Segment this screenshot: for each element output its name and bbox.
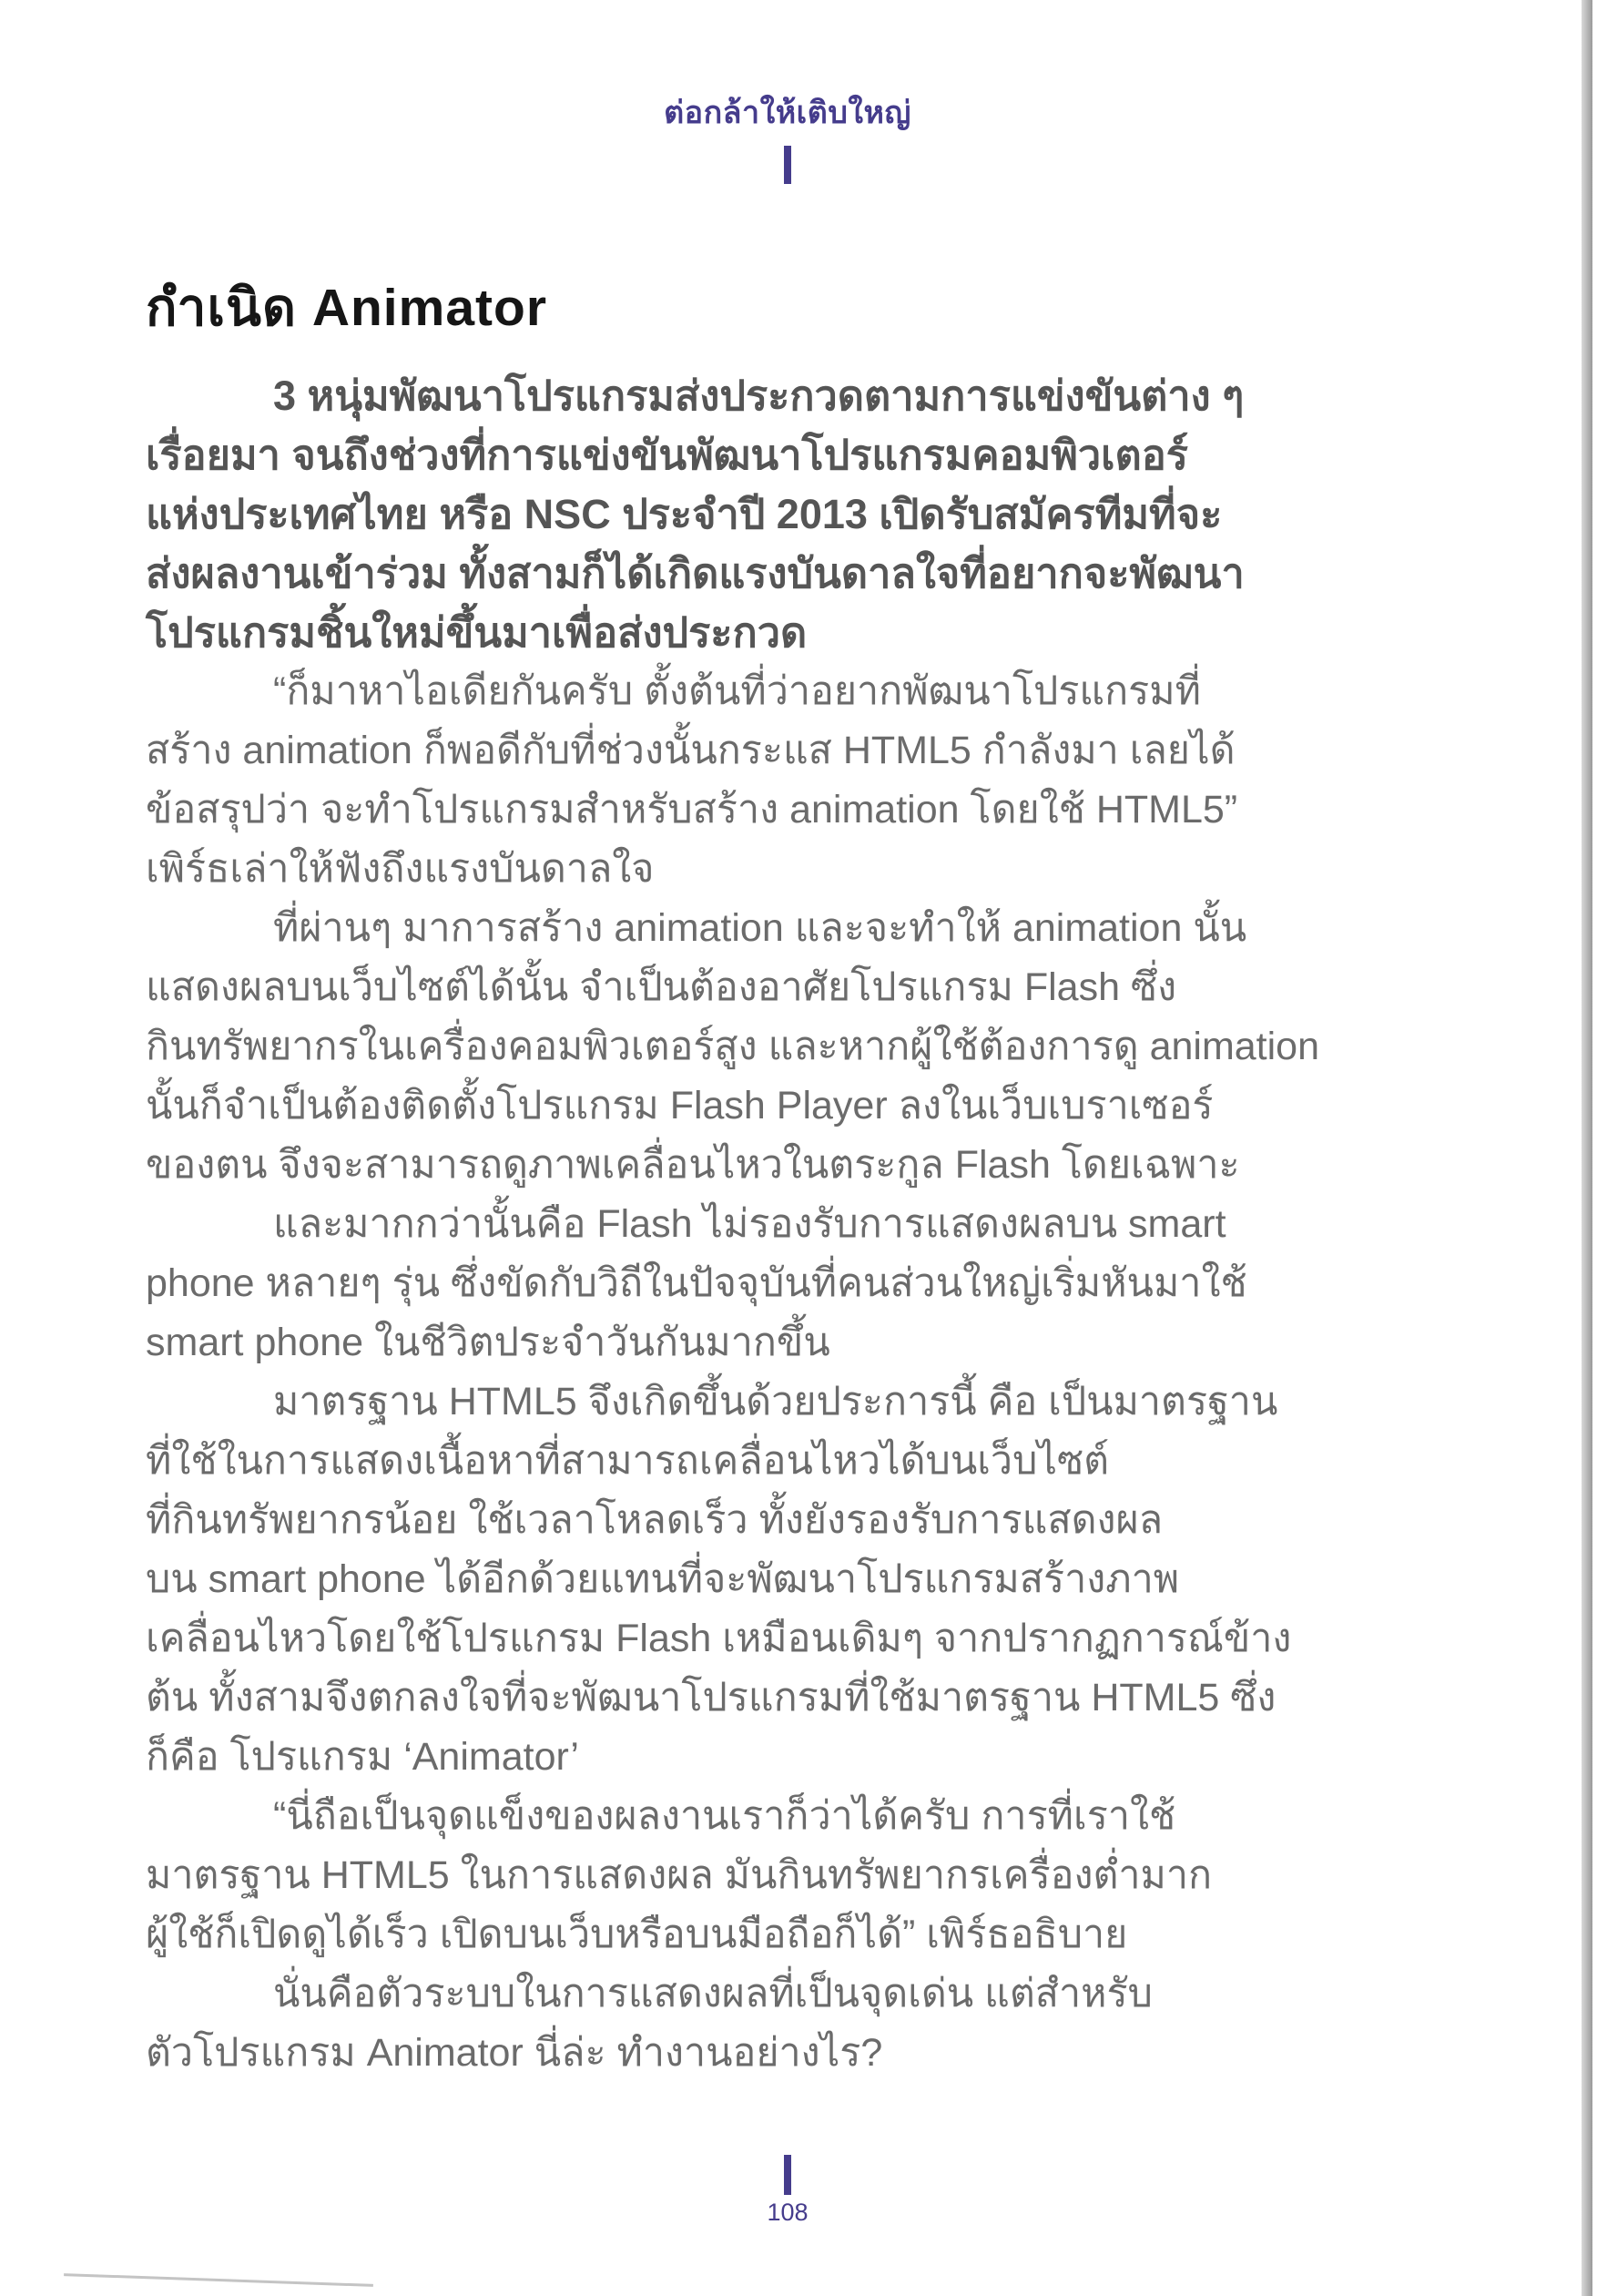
text-line: “ก็มาหาไอเดียกันครับ ตั้งต้นที่ว่าอยากพั… [146,662,1200,721]
text-line: แห่งประเทศไทย หรือ NSC ประจำปี 2013 เปิด… [146,485,1200,544]
text-line: ตัวโปรแกรม Animator นี่ล่ะ ทำงานอย่างไร? [146,2024,1200,2083]
text-line: เคลื่อนไหวโดยใช้โปรแกรม Flash เหมือนเดิม… [146,1609,1200,1668]
scan-artifact-line [64,2273,373,2287]
paragraph: “นี่ถือเป็นจุดแข็งของผลงานเราก็ว่าได้ครั… [146,1787,1200,1964]
text-line: ก็คือ โปรแกรม ‘Animator’ [146,1728,1200,1787]
footer-divider-bar [784,2155,791,2195]
paragraph: และมากกว่านั้นคือ Flash ไม่รองรับการแสดง… [146,1195,1200,1372]
text-line: ที่ผ่านๆ มาการสร้าง animation และจะทำให้… [146,899,1200,958]
chapter-title: กำเนิด Animator [146,267,547,349]
text-line: ส่งผลงานเข้าร่วม ทั้งสามก็ได้เกิดแรงบันด… [146,544,1200,603]
text-line: นั่นคือตัวระบบในการแสดงผลที่เป็นจุดเด่น … [146,1964,1200,2024]
text-line: สร้าง animation ก็พอดีกับที่ช่วงนั้นกระแ… [146,721,1200,781]
text-line: เพิร์ธเล่าให้ฟังถึงแรงบันดาลใจ [146,840,1200,899]
text-line: มาตรฐาน HTML5 จึงเกิดขึ้นด้วยประการนี้ ค… [146,1372,1200,1432]
paragraph: 3 หนุ่มพัฒนาโปรแกรมส่งประกวดตามการแข่งขั… [146,366,1200,662]
text-line: บน smart phone ได้อีกด้วยแทนที่จะพัฒนาโป… [146,1550,1200,1609]
text-line: นั้นก็จำเป็นต้องติดตั้งโปรแกรม Flash Pla… [146,1077,1200,1136]
text-line: และมากกว่านั้นคือ Flash ไม่รองรับการแสดง… [146,1195,1200,1254]
text-line: ต้น ทั้งสามจึงตกลงใจที่จะพัฒนาโปรแกรมที่… [146,1668,1200,1728]
text-line: โปรแกรมชิ้นใหม่ขึ้นมาเพื่อส่งประกวด [146,603,1200,662]
text-line: ผู้ใช้ก็เปิดดูได้เร็ว เปิดบนเว็บหรือบนมื… [146,1905,1200,1964]
article-body: 3 หนุ่มพัฒนาโปรแกรมส่งประกวดตามการแข่งขั… [146,366,1200,2083]
page-edge-shadow [1582,0,1592,2296]
paragraph: นั่นคือตัวระบบในการแสดงผลที่เป็นจุดเด่น … [146,1964,1200,2083]
header-divider-bar [784,146,791,184]
page-number: 108 [0,2199,1575,2227]
text-line: ที่กินทรัพยากรน้อย ใช้เวลาโหลดเร็ว ทั้งย… [146,1491,1200,1550]
paragraph: ที่ผ่านๆ มาการสร้าง animation และจะทำให้… [146,899,1200,1195]
running-head: ต่อกล้าให้เติบใหญ่ [0,87,1575,137]
text-line: กินทรัพยากรในเครื่องคอมพิวเตอร์สูง และหา… [146,1017,1200,1077]
text-line: ที่ใช้ในการแสดงเนื้อหาที่สามารถเคลื่อนไห… [146,1432,1200,1491]
text-line: phone หลายๆ รุ่น ซึ่งขัดกับวิถีในปัจจุบั… [146,1254,1200,1313]
paragraph: “ก็มาหาไอเดียกันครับ ตั้งต้นที่ว่าอยากพั… [146,662,1200,899]
text-line: ของตน จึงจะสามารถดูภาพเคลื่อนไหวในตระกูล… [146,1136,1200,1195]
text-line: smart phone ในชีวิตประจำวันกันมากขึ้น [146,1313,1200,1372]
paragraph: มาตรฐาน HTML5 จึงเกิดขึ้นด้วยประการนี้ ค… [146,1372,1200,1787]
text-line: ข้อสรุปว่า จะทำโปรแกรมสำหรับสร้าง animat… [146,781,1200,840]
text-line: “นี่ถือเป็นจุดแข็งของผลงานเราก็ว่าได้ครั… [146,1787,1200,1846]
text-line: แสดงผลบนเว็บไซต์ได้นั้น จำเป็นต้องอาศัยโ… [146,958,1200,1017]
book-page: ต่อกล้าให้เติบใหญ่ กำเนิด Animator 3 หนุ… [0,0,1597,2296]
text-line: 3 หนุ่มพัฒนาโปรแกรมส่งประกวดตามการแข่งขั… [146,366,1200,425]
text-line: เรื่อยมา จนถึงช่วงที่การแข่งขันพัฒนาโปรแ… [146,425,1200,485]
text-line: มาตรฐาน HTML5 ในการแสดงผล มันกินทรัพยากร… [146,1846,1200,1905]
